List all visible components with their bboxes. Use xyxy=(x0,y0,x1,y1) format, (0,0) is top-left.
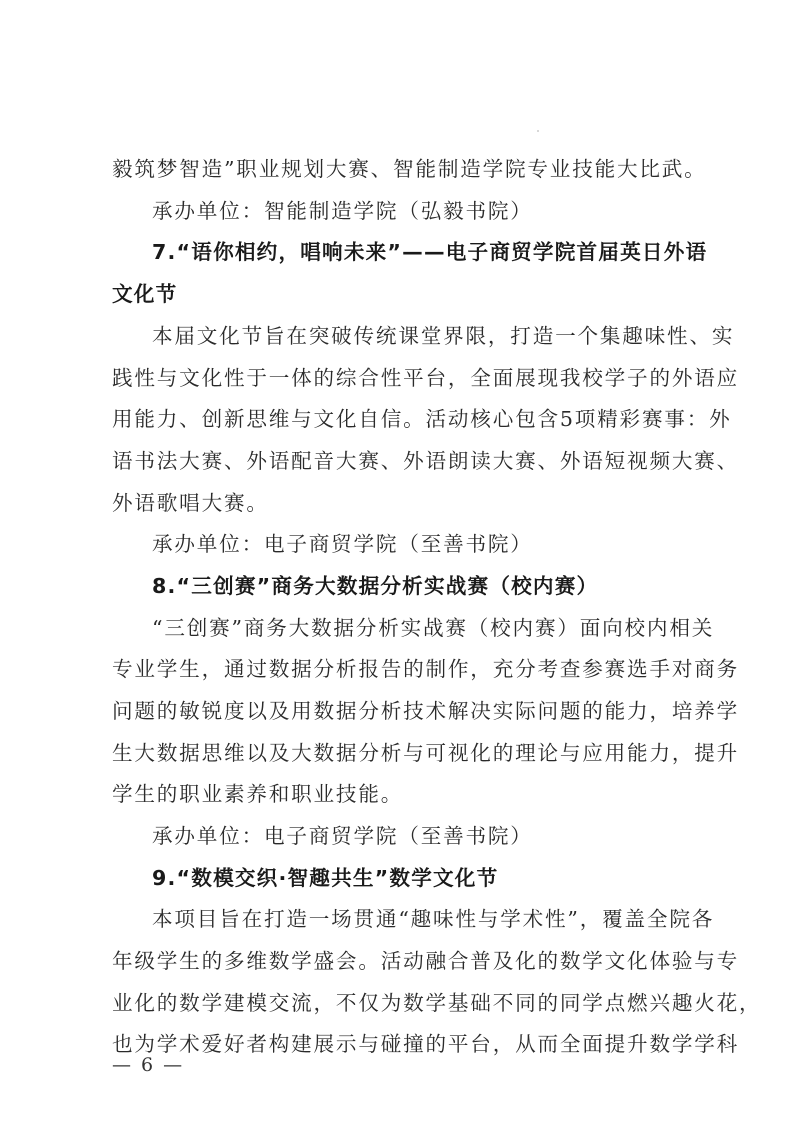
section-7-heading-cont: 文化节 xyxy=(112,280,690,308)
organizer-line: 承办单位：智能制造学院（弘毅书院） xyxy=(152,197,692,225)
body-line: 业化的数学建模交流，不仅为数学基础不同的同学点燃兴趣火花， xyxy=(112,989,690,1017)
body-line: 语书法大赛、外语配音大赛、外语朗读大赛、外语短视频大赛、 xyxy=(112,447,690,475)
section-8-heading: 8.“三创赛”商务大数据分析实战赛（校内赛） xyxy=(152,572,692,600)
body-line: 践性与文化性于一体的综合性平台，全面展现我校学子的外语应 xyxy=(112,364,690,392)
body-line: 也为学术爱好者构建展示与碰撞的平台，从而全面提升数学学科 xyxy=(112,1030,690,1058)
document-page: 毅筑梦智造”职业规划大赛、智能制造学院专业技能大比武。 承办单位：智能制造学院（… xyxy=(0,0,800,1131)
section-7-heading: 7.“语你相约，唱响未来”——电子商贸学院首届英日外语 xyxy=(152,238,692,266)
body-line: 生大数据思维以及大数据分析与可视化的理论与应用能力，提升 xyxy=(112,739,690,767)
section-9-heading: 9.“数模交织·智趣共生”数学文化节 xyxy=(152,864,692,892)
body-line: 年级学生的多维数学盛会。活动融合普及化的数学文化体验与专 xyxy=(112,947,690,975)
organizer-line: 承办单位：电子商贸学院（至善书院） xyxy=(152,530,692,558)
body-line: 外语歌唱大赛。 xyxy=(112,489,690,517)
page-number: — 6 — xyxy=(112,1053,184,1077)
organizer-line: 承办单位：电子商贸学院（至善书院） xyxy=(152,822,692,850)
scan-speck xyxy=(537,130,539,132)
body-line: “三创赛”商务大数据分析实战赛（校内赛）面向校内相关 xyxy=(152,614,692,642)
body-line: 毅筑梦智造”职业规划大赛、智能制造学院专业技能大比武。 xyxy=(112,155,690,183)
body-line: 问题的敏锐度以及用数据分析技术解决实际问题的能力，培养学 xyxy=(112,697,690,725)
body-line: 学生的职业素养和职业技能。 xyxy=(112,780,690,808)
body-line: 本项目旨在打造一场贯通“趣味性与学术性”，覆盖全院各 xyxy=(152,905,692,933)
body-line: 用能力、创新思维与文化自信。活动核心包含5项精彩赛事：外 xyxy=(112,405,690,433)
body-line: 专业学生，通过数据分析报告的制作，充分考查参赛选手对商务 xyxy=(112,655,690,683)
body-line: 本届文化节旨在突破传统课堂界限，打造一个集趣味性、实 xyxy=(152,322,692,350)
